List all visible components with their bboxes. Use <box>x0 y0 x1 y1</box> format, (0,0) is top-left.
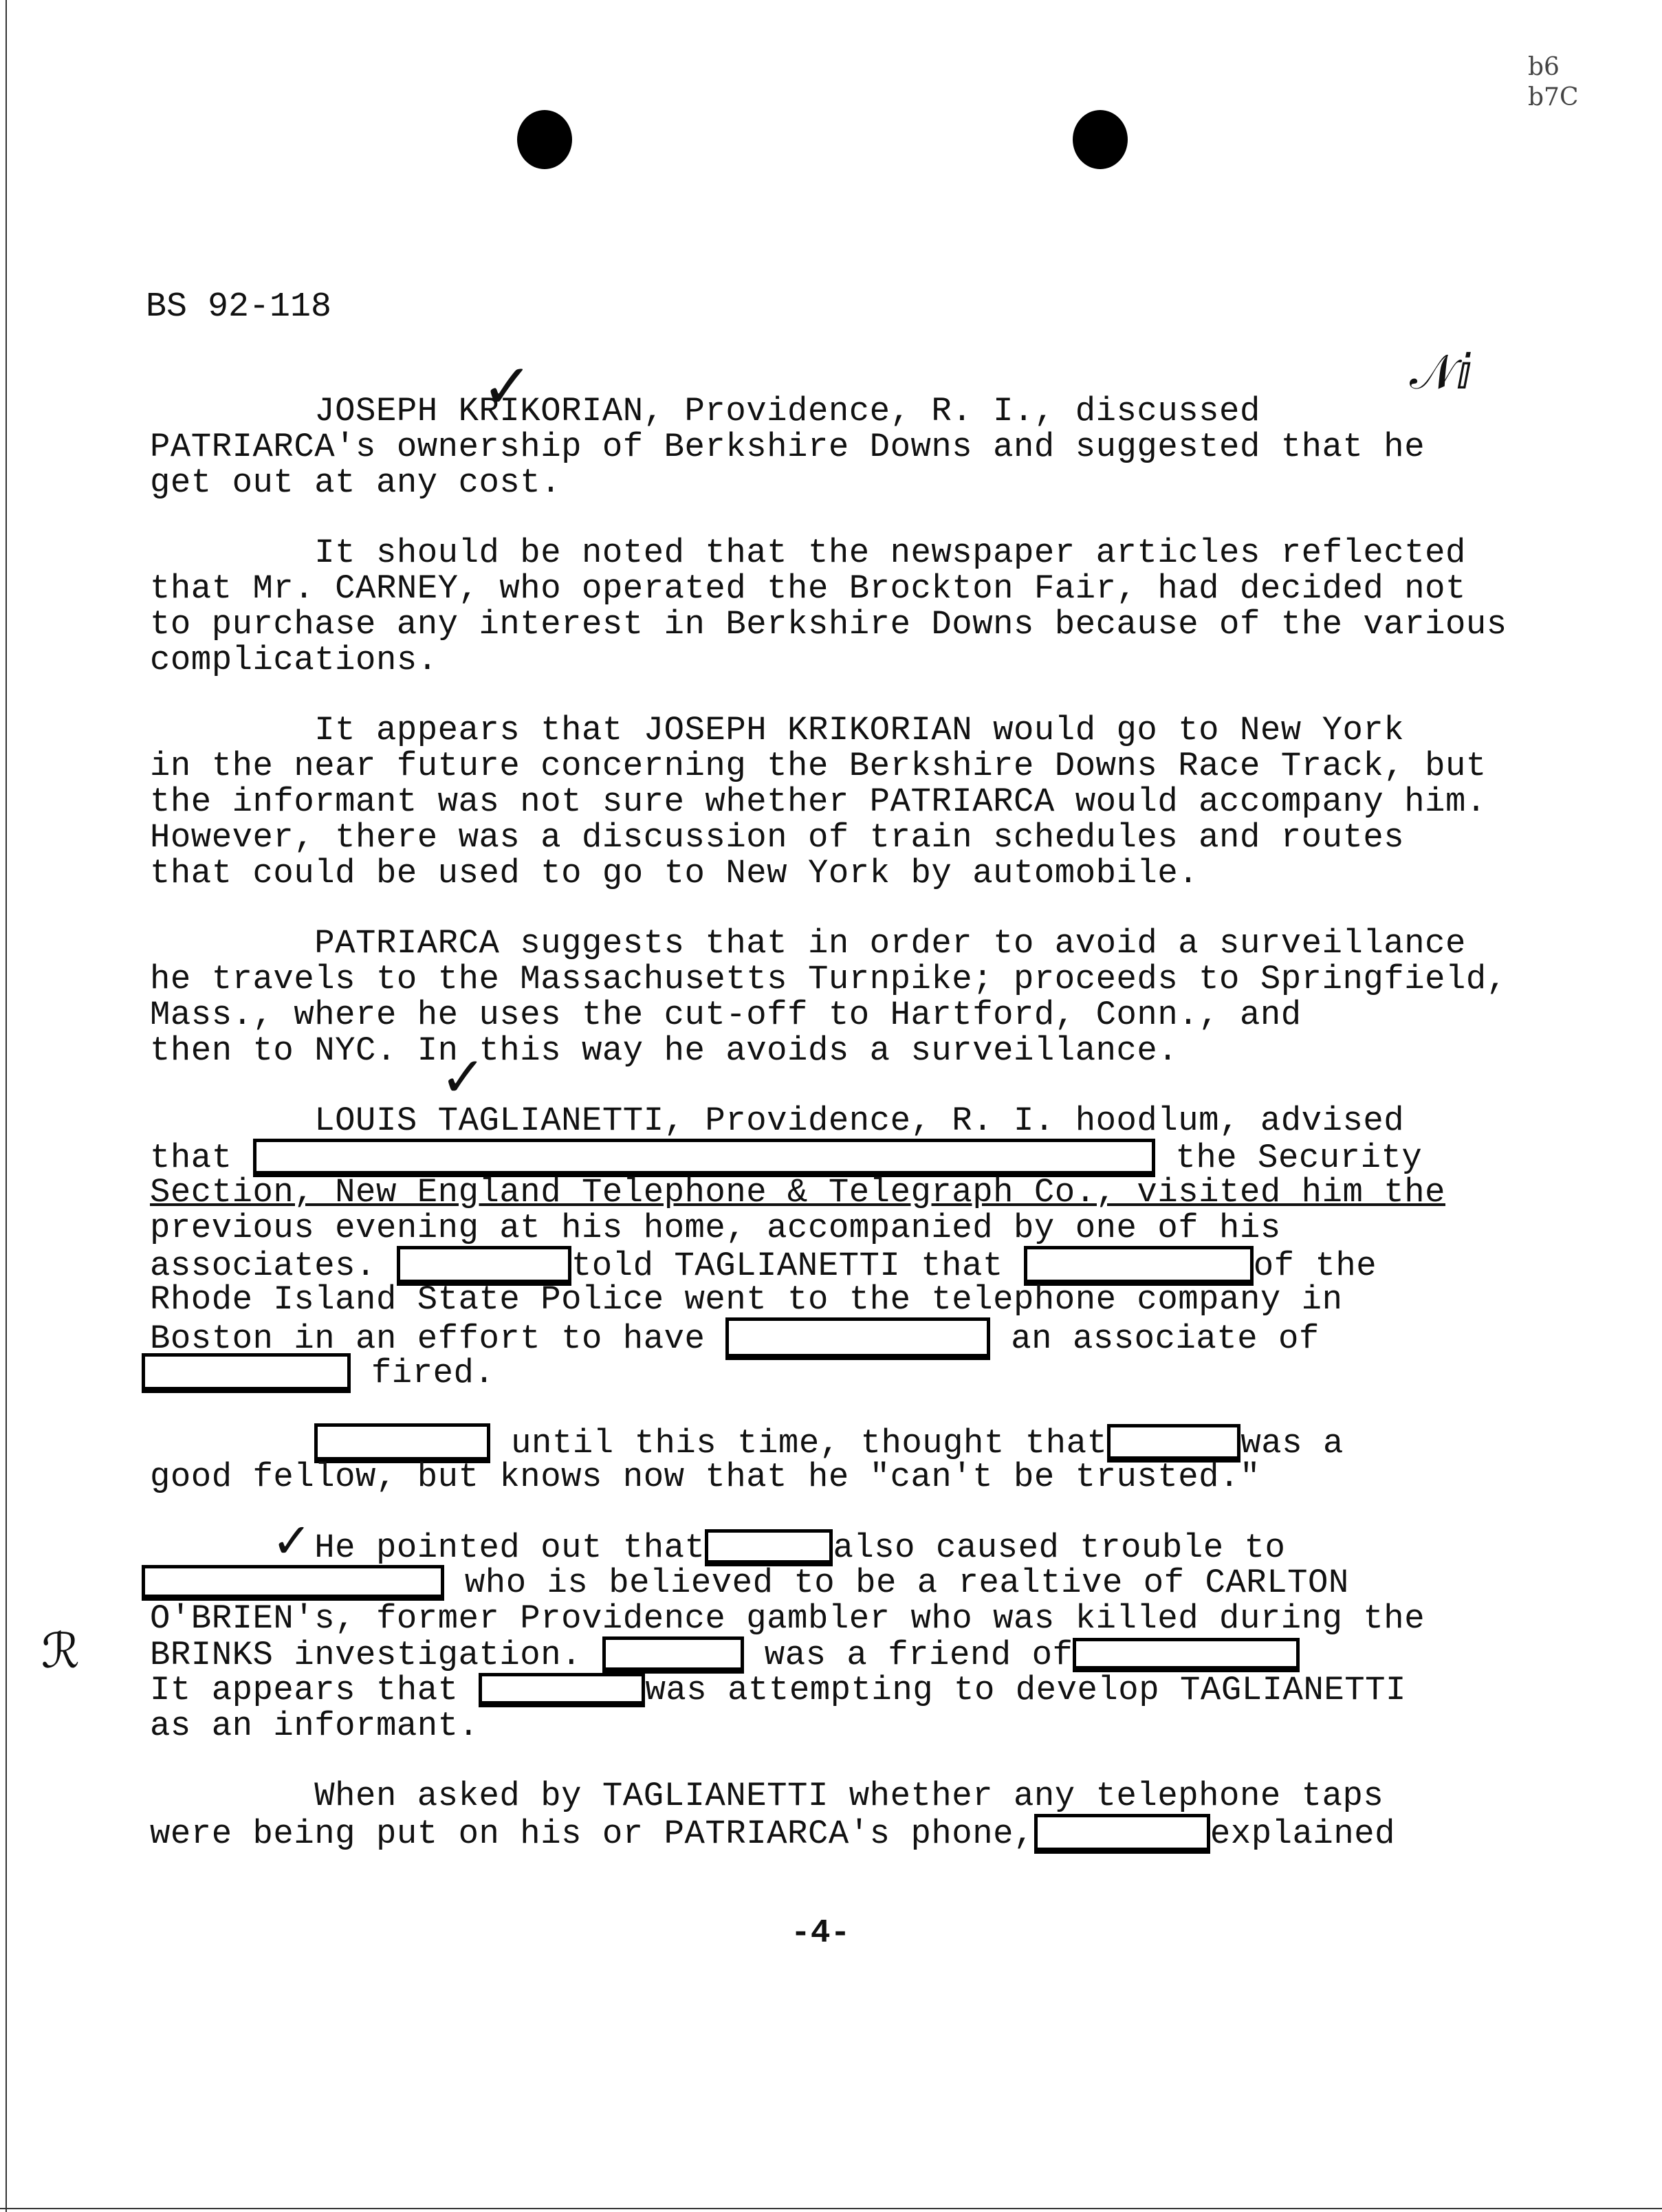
redaction-box <box>1034 1814 1210 1854</box>
file-number: BS 92-118 <box>146 287 331 327</box>
text-line: to purchase any interest in Berkshire Do… <box>150 606 1507 642</box>
text-line: It appears that was attempting to develo… <box>150 1672 1406 1708</box>
text-line: fired. <box>142 1353 494 1393</box>
text-fragment: was attempting to develop TAGLIANETTI <box>645 1671 1406 1709</box>
text-line: as an informant. <box>150 1708 479 1744</box>
text-line: BRINKS investigation. was a friend of <box>150 1636 1300 1674</box>
punch-hole-right <box>1073 110 1128 169</box>
text-line: However, there was a discussion of train… <box>150 820 1404 855</box>
redaction-box <box>1073 1638 1300 1672</box>
text-fragment: the Security <box>1155 1139 1423 1177</box>
text-line: were being put on his or PATRIARCA's pho… <box>150 1814 1395 1854</box>
text-fragment: who is believed to be a realtive of CARL… <box>444 1564 1349 1602</box>
text-line: then to NYC. In this way he avoids a sur… <box>150 1033 1178 1069</box>
text-line: JOSEPH KRIKORIAN, Providence, R. I., dis… <box>150 393 1260 429</box>
text-line: When asked by TAGLIANETTI whether any te… <box>150 1778 1384 1814</box>
handwritten-initials-icon: ℛ <box>41 1623 80 1679</box>
text-fragment: BRINKS investigation. <box>150 1636 602 1674</box>
text-line: He pointed out thatalso caused trouble t… <box>150 1529 1285 1566</box>
text-fragment: also caused trouble to <box>833 1529 1285 1567</box>
foia-exemption-codes: b6 b7C <box>1528 52 1579 113</box>
text-fragment: explained <box>1210 1815 1395 1853</box>
document-page: b6 b7C BS 92-118 𝒩ⅈ ✓ JOSEPH KRIKORIAN, … <box>0 0 1662 2212</box>
redaction-box <box>725 1317 990 1360</box>
text-fragment: of the <box>1254 1247 1377 1285</box>
text-fragment: were being put on his or PATRIARCA's pho… <box>150 1815 1034 1853</box>
redaction-box <box>479 1673 645 1707</box>
text-line: complications. <box>150 642 438 678</box>
redaction-box <box>1107 1424 1240 1463</box>
text-line: who is believed to be a realtive of CARL… <box>142 1565 1349 1601</box>
text-line: Section, New England Telephone & Telegra… <box>150 1174 1445 1210</box>
check-mark-icon: ✓ <box>440 1045 486 1109</box>
text-fragment: was a <box>1240 1424 1344 1463</box>
text-line: he travels to the Massachusetts Turnpike… <box>150 961 1507 997</box>
redaction-box <box>142 1353 351 1393</box>
text-line: It should be noted that the newspaper ar… <box>150 535 1466 571</box>
text-line: Mass., where he uses the cut-off to Hart… <box>150 997 1302 1033</box>
text-fragment: that <box>150 1139 253 1177</box>
text-line: Rhode Island State Police went to the te… <box>150 1282 1342 1317</box>
redaction-box <box>142 1565 444 1601</box>
text-fragment: It appears that <box>150 1671 479 1709</box>
text-line: that the Security <box>150 1139 1422 1177</box>
redaction-box <box>705 1529 833 1566</box>
text-fragment: Boston in an effort to have <box>150 1319 725 1358</box>
text-fragment: associates. <box>150 1247 397 1285</box>
text-line: that Mr. CARNEY, who operated the Brockt… <box>150 571 1466 606</box>
text-line: good fellow, but knows now that he "can'… <box>150 1459 1260 1495</box>
exemption-b7c: b7C <box>1528 83 1579 113</box>
text-fragment: until this time, thought that <box>490 1424 1107 1463</box>
text-line: previous evening at his home, accompanie… <box>150 1210 1281 1246</box>
text-fragment: fired. <box>351 1354 494 1392</box>
redaction-box <box>602 1636 744 1674</box>
text-fragment <box>150 1424 314 1463</box>
text-line: PATRIARCA's ownership of Berkshire Downs… <box>150 429 1425 465</box>
text-line: It appears that JOSEPH KRIKORIAN would g… <box>150 712 1404 748</box>
text-line: PATRIARCA suggests that in order to avoi… <box>150 926 1466 961</box>
text-line: O'BRIEN's, former Providence gambler who… <box>150 1601 1425 1636</box>
scan-border-bottom <box>0 2208 1662 2209</box>
punch-hole-left <box>517 110 572 169</box>
text-line: in the near future concerning the Berksh… <box>150 748 1487 784</box>
text-line: the informant was not sure whether PATRI… <box>150 784 1487 820</box>
text-line: get out at any cost. <box>150 465 561 501</box>
redaction-box <box>253 1139 1155 1177</box>
text-line: LOUIS TAGLIANETTI, Providence, R. I. hoo… <box>150 1103 1404 1139</box>
page-number: -4- <box>791 1915 850 1952</box>
text-line: that could be used to go to New York by … <box>150 855 1199 891</box>
scan-border-left <box>6 0 7 2212</box>
text-fragment: told TAGLIANETTI that <box>571 1247 1024 1285</box>
exemption-b6: b6 <box>1528 52 1579 83</box>
text-fragment: was a friend of <box>744 1636 1073 1674</box>
handwritten-initials-icon: 𝒩ⅈ <box>1410 344 1473 401</box>
text-fragment: an associate of <box>990 1319 1319 1358</box>
text-fragment: He pointed out that <box>150 1529 705 1567</box>
